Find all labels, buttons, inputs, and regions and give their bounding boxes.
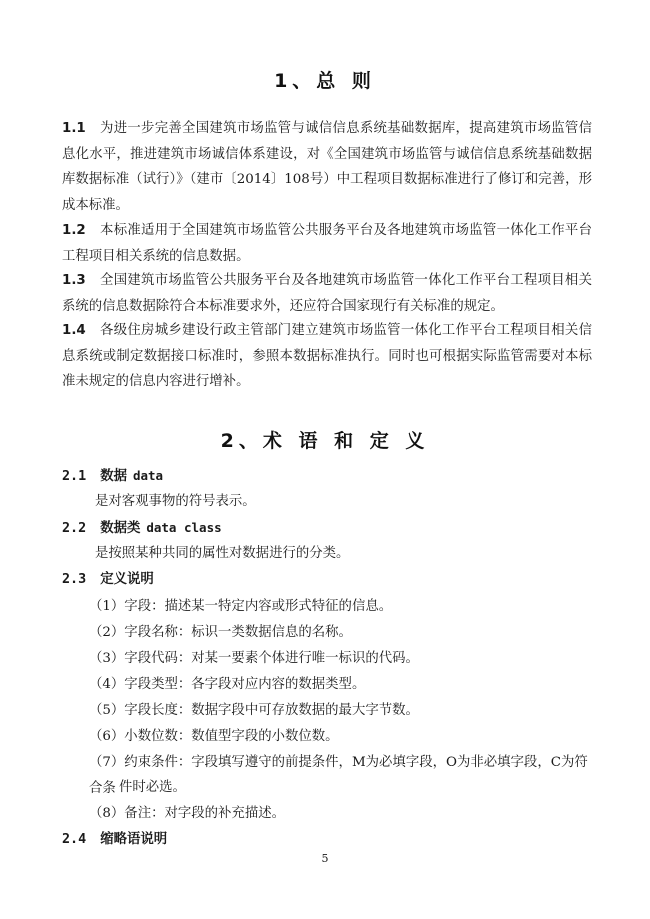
subsection-2-4: 2.4缩略语说明 <box>62 830 167 850</box>
subsection-2-1-desc: 是对客观事物的符号表示。 <box>95 492 256 512</box>
subsection-2-1: 2.1数据data <box>62 466 163 487</box>
subsection-2-3: 2.3定义说明 <box>62 570 154 590</box>
clause-1-4: 1.4各级住房城乡建设行政主管部门建立建筑市场监管一体化工作平台工程项目相关信息… <box>62 318 592 395</box>
clause-number: 1.1 <box>62 121 86 136</box>
clause-1-3: 1.3全国建筑市场监管公共服务平台及各地建筑市场监管一体化工作平台工程项目相关系… <box>62 268 592 319</box>
clause-number: 1.2 <box>62 223 86 238</box>
definition-item: （2）字段名称：标识一类数据信息的名称。 <box>89 620 594 646</box>
clause-number: 1.4 <box>62 323 86 338</box>
clause-text: 本标准适用于全国建筑市场监管公共服务平台及各地建筑市场监管一体化工作平台工程项目… <box>62 223 592 264</box>
subsection-2-2-desc: 是按照某种共同的属性对数据进行的分类。 <box>95 544 349 564</box>
definition-item-continuation: 件时必选。 <box>119 775 624 801</box>
definition-item: （8）备注：对字段的补充描述。 <box>89 801 594 827</box>
section-title-general: 1、总 则 <box>0 66 650 93</box>
definition-item: （5）字段长度：数据字段中可存放数据的最大字节数。 <box>89 698 594 724</box>
section-title-terms: 2、术 语 和 定 义 <box>0 426 650 453</box>
clause-text: 全国建筑市场监管公共服务平台及各地建筑市场监管一体化工作平台工程项目相关系统的信… <box>62 273 592 314</box>
definition-item: （4）字段类型：各字段对应内容的数据类型。 <box>89 672 594 698</box>
clause-text: 为进一步完善全国建筑市场监管与诚信信息系统基础数据库，提高建筑市场监管信息化水平… <box>62 121 592 213</box>
document-page: 1、总 则 1.1为进一步完善全国建筑市场监管与诚信信息系统基础数据库，提高建筑… <box>0 0 650 919</box>
clause-number: 1.3 <box>62 273 86 288</box>
definition-item: （6）小数位数：数值型字段的小数位数。 <box>89 724 594 750</box>
definition-item: （1）字段：描述某一特定内容或形式特征的信息。 <box>89 594 594 620</box>
clause-1-1: 1.1为进一步完善全国建筑市场监管与诚信信息系统基础数据库，提高建筑市场监管信息… <box>62 116 592 218</box>
page-number: 5 <box>0 852 650 865</box>
subsection-2-2: 2.2数据类data class <box>62 518 222 539</box>
clause-1-2: 1.2本标准适用于全国建筑市场监管公共服务平台及各地建筑市场监管一体化工作平台工… <box>62 218 592 269</box>
clause-text: 各级住房城乡建设行政主管部门建立建筑市场监管一体化工作平台工程项目相关信息系统或… <box>62 323 592 389</box>
definition-item: （3）字段代码：对某一要素个体进行唯一标识的代码。 <box>89 646 594 672</box>
